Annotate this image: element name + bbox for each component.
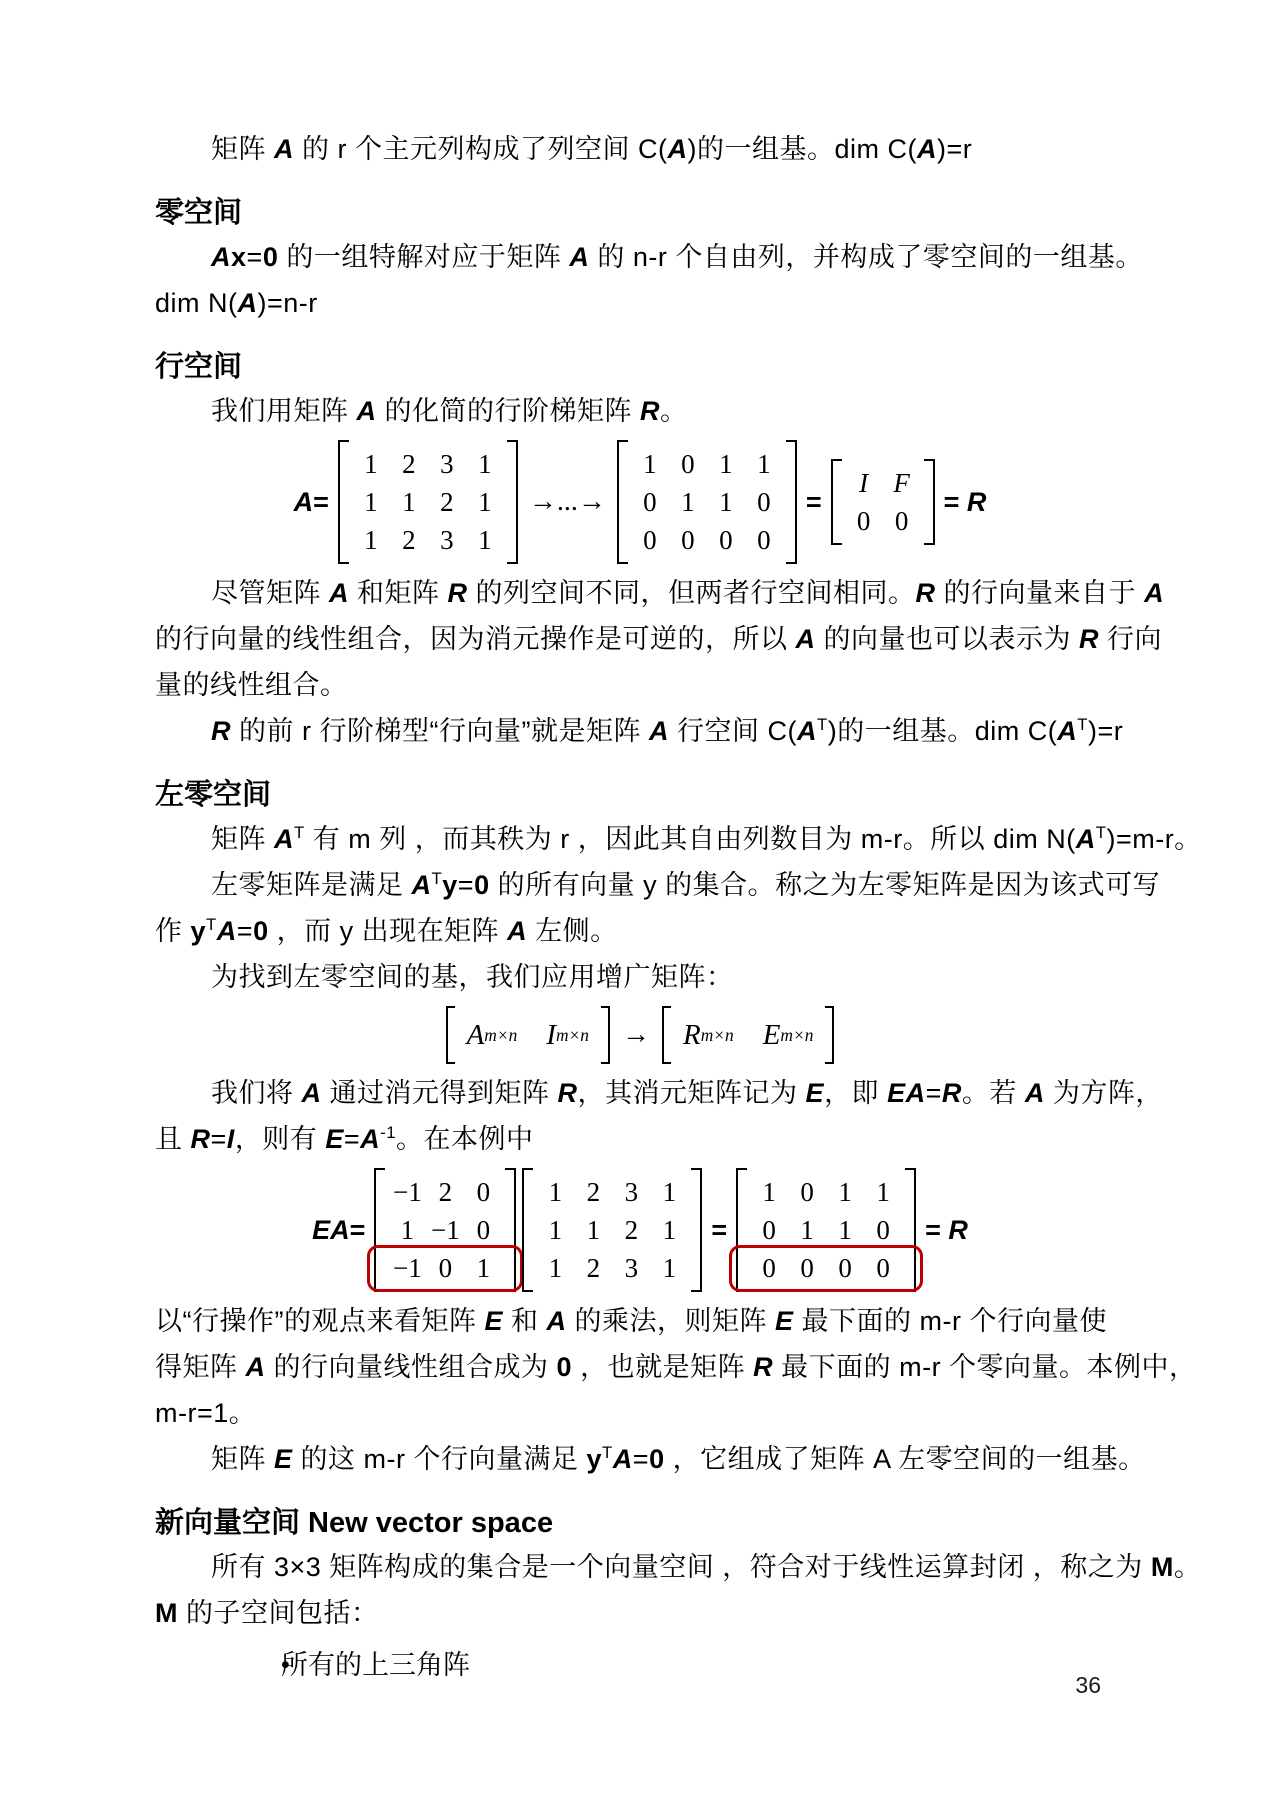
heading-new-vector-space: 新向量空间 New vector space <box>155 1502 1125 1544</box>
paragraph-elimination-line1: 我们将 A 通过消元得到矩阵 R，其消元矩阵记为 E，即 EA=R。若 A 为方… <box>155 1070 1125 1116</box>
matrix-R-wrapper: 101101100000 <box>733 1168 919 1292</box>
augmented-bracket-right-group: Rm×n Em×n <box>662 1006 834 1064</box>
matrix-E-wrapper: −1201−10−101 <box>371 1168 519 1292</box>
matrix-A2: 123111211231 <box>522 1168 702 1292</box>
equation-lhs-label: A= <box>294 487 329 518</box>
paragraph-row-ops-line1: 以“行操作”的观点来看矩阵 E 和 A 的乘法，则矩阵 E 最下面的 m-r 个… <box>155 1298 1125 1344</box>
augmented-content-RE: Rm×n Em×n <box>671 1006 825 1064</box>
bullet-label: 所有的上三角阵 <box>281 1642 470 1688</box>
document-page: 矩阵 A 的 r 个主元列构成了列空间 C(A)的一组基。dim C(A)=r … <box>0 0 1275 1819</box>
paragraph-null-space-line2: dim N(A)=n-r <box>155 280 1125 326</box>
matrix-R: 101101100000 <box>736 1168 916 1292</box>
bullet-item-upper-triangular: • 所有的上三角阵 <box>155 1642 1125 1688</box>
matrix-E: −1201−10−101 <box>374 1168 516 1292</box>
heading-left-null-space: 左零空间 <box>155 774 1125 816</box>
right-bracket <box>601 1006 610 1064</box>
equation-augmented: Am×n Im×n → Rm×n Em×n <box>155 1006 1125 1064</box>
matrix-I-F-block: IF00 <box>831 459 935 545</box>
paragraph-augmented-intro: 为找到左零空间的基，我们应用增广矩阵： <box>155 954 1125 1000</box>
equation-rhs-label: = R <box>944 487 987 518</box>
heading-row-space: 行空间 <box>155 346 1125 388</box>
paragraph-row-ops-line3: m-r=1。 <box>155 1390 1125 1436</box>
equation-EA-label: EA= <box>312 1215 365 1246</box>
left-bracket <box>662 1006 671 1064</box>
equation-A-to-R: A= 123111211231 →...→ 101101100000 = IF0… <box>155 440 1125 564</box>
matrix-A: 123111211231 <box>338 440 518 564</box>
equation-R-label: = R <box>925 1215 968 1246</box>
matrix-A-wrapper: 123111211231 <box>519 1168 705 1292</box>
augmented-bracket-left-group: Am×n Im×n <box>446 1006 610 1064</box>
paragraph-row-space-line2: 的行向量的线性组合，因为消元操作是可逆的，所以 A 的向量也可以表示为 R 行向 <box>155 616 1125 662</box>
paragraph-left-null-basis: 矩阵 E 的这 m-r 个行向量满足 yTA=0 ，它组成了矩阵 A 左零空间的… <box>155 1436 1125 1482</box>
bullet-icon: • <box>155 1642 281 1688</box>
paragraph-row-space-line3: 量的线性组合。 <box>155 662 1125 708</box>
paragraph-row-space-intro: 我们用矩阵 A 的化简的行阶梯矩阵 R。 <box>155 388 1125 434</box>
transform-arrow: → <box>622 1019 650 1051</box>
paragraph-row-ops-line2: 得矩阵 A 的行向量线性组合成为 0 ，也就是矩阵 R 最下面的 m-r 个零向… <box>155 1344 1125 1390</box>
paragraph-new-space-line2: M 的子空间包括： <box>155 1590 1125 1636</box>
matrix-rref: 101101100000 <box>617 440 797 564</box>
paragraph-null-space-line1: Ax=0 的一组特解对应于矩阵 A 的 n-r 个自由列，并构成了零空间的一组基… <box>155 234 1125 280</box>
paragraph-pivot-columns: 矩阵 A 的 r 个主元列构成了列空间 C(A)的一组基。dim C(A)=r <box>155 126 1125 172</box>
equation-EA-R: EA= −1201−10−101 123111211231 = 10110110… <box>155 1168 1125 1292</box>
paragraph-row-basis: R 的前 r 行阶梯型“行向量”就是矩阵 A 行空间 C(AT)的一组基。dim… <box>155 708 1125 754</box>
equals-sign: = <box>711 1215 727 1246</box>
paragraph-new-space-line1: 所有 3×3 矩阵构成的集合是一个向量空间 ，符合对于线性运算封闭 ，称之为 M… <box>155 1544 1125 1590</box>
left-bracket <box>446 1006 455 1064</box>
paragraph-row-space-line1: 尽管矩阵 A 和矩阵 R 的列空间不同，但两者行空间相同。R 的行向量来自于 A <box>155 570 1125 616</box>
paragraph-left-null-line3: 作 yTA=0 ，而 y 出现在矩阵 A 左侧。 <box>155 908 1125 954</box>
paragraph-elimination-line2: 且 R=I，则有 E=A-1。在本例中 <box>155 1116 1125 1162</box>
augmented-content-AI: Am×n Im×n <box>455 1006 601 1064</box>
elimination-arrow: →...→ <box>529 486 606 518</box>
heading-null-space: 零空间 <box>155 192 1125 234</box>
equals-sign: = <box>806 487 822 518</box>
paragraph-left-null-line2: 左零矩阵是满足 ATy=0 的所有向量 y 的集合。称之为左零矩阵是因为该式可写 <box>155 862 1125 908</box>
right-bracket <box>825 1006 834 1064</box>
page-number: 36 <box>1075 1672 1101 1699</box>
paragraph-left-null-line1: 矩阵 AT 有 m 列 ，而其秩为 r ，因此其自由列数目为 m-r。所以 di… <box>155 816 1125 862</box>
